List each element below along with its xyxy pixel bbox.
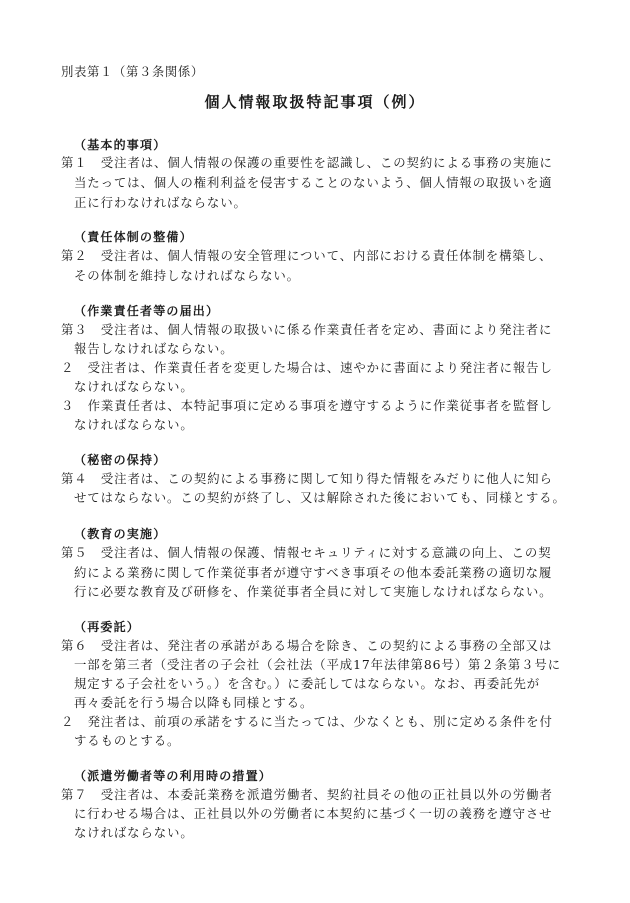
article-1-line: 第１ 受注者は、個人情報の保護の重要性を認識し、この契約による事務の実施に — [61, 155, 553, 171]
article-5-line: 第５ 受注者は、個人情報の保護、情報セキュリティに対する意識の向上、この契 — [61, 545, 552, 561]
section-heading: （基本的事項） — [74, 137, 166, 153]
article-5-line: 約による業務に関して作業従事者が遵守すべき事項その他本委託業務の適切な履 — [74, 565, 552, 581]
document-title: 個人情報取扱特記事項（例） — [0, 92, 630, 112]
section-heading: （責任体制の整備） — [74, 229, 193, 245]
article-6-line: 一部を第三者（受注者の子会社（会社法（平成17年法律第86号）第２条第３号に — [74, 657, 561, 673]
article-7-line: に行わせる場合は、正社員以外の労働者に本契約に基づく一切の義務を遵守させ — [74, 806, 552, 822]
article-1-line: 当たっては、個人の権利利益を侵害することのないよう、個人情報の取扱いを適 — [74, 175, 552, 191]
article-1-line: 正に行わなければならない。 — [74, 195, 247, 211]
annex-label: 別表第１（第３条関係） — [61, 64, 204, 80]
article-6-line: 第６ 受注者は、発注者の承諾がある場合を除き、この契約による事務の全部又は — [61, 638, 552, 654]
article-6-line: 再々委託を行う場合以降も同様とする。 — [74, 695, 313, 711]
article-4-line: 第４ 受注者は、この契約による事務に関して知り得た情報をみだりに他人に知ら — [61, 471, 553, 487]
article-2-line: その体制を維持しなければならない。 — [74, 268, 300, 284]
article-2-line: 第２ 受注者は、個人情報の安全管理について、内部における責任体制を構築し、 — [61, 248, 552, 264]
article-3-paragraph-2-line: ２ 受注者は、作業責任者を変更した場合は、速やかに書面により発注者に報告し — [61, 360, 553, 376]
article-3-line: 報告しなければならない。 — [74, 341, 234, 357]
article-3-paragraph-3-line: なければならない。 — [74, 417, 194, 433]
section-heading: （再委託） — [74, 619, 140, 635]
article-3-paragraph-3-line: ３ 作業責任者は、本特記事項に定める事項を遵守するように作業従事者を監督し — [61, 398, 553, 414]
document-page: 別表第１（第３条関係） 個人情報取扱特記事項（例） （基本的事項） 第１ 受注者… — [0, 0, 630, 903]
section-heading: （秘密の保持） — [74, 452, 166, 468]
article-3-line: 第３ 受注者は、個人情報の取扱いに係る作業責任者を定め、書面により発注者に — [61, 322, 552, 338]
section-heading: （派遣労働者等の利用時の措置） — [74, 768, 272, 784]
article-6-paragraph-2-line: ２ 発注者は、前項の承諾をするに当たっては、少なくとも、別に定める条件を付 — [61, 714, 553, 730]
article-5-line: 行に必要な教育及び研修を、作業従事者全員に対して実施しなければならない。 — [74, 584, 552, 600]
article-7-line: 第７ 受注者は、本委託業務を派遣労働者、契約社員その他の正社員以外の労働者 — [61, 787, 553, 803]
article-4-line: せてはならない。この契約が終了し、又は解除された後においても、同様とする。 — [74, 490, 566, 506]
article-6-line: 規定する子会社をいう。）を含む。）に委託してはならない。なお、再委託先が — [74, 676, 540, 692]
article-3-paragraph-2-line: なければならない。 — [74, 379, 194, 395]
section-heading: （作業責任者等の届出） — [74, 303, 219, 319]
section-heading: （教育の実施） — [74, 526, 166, 542]
article-6-paragraph-2-line: するものとする。 — [74, 733, 180, 749]
article-7-line: なければならない。 — [74, 825, 194, 841]
